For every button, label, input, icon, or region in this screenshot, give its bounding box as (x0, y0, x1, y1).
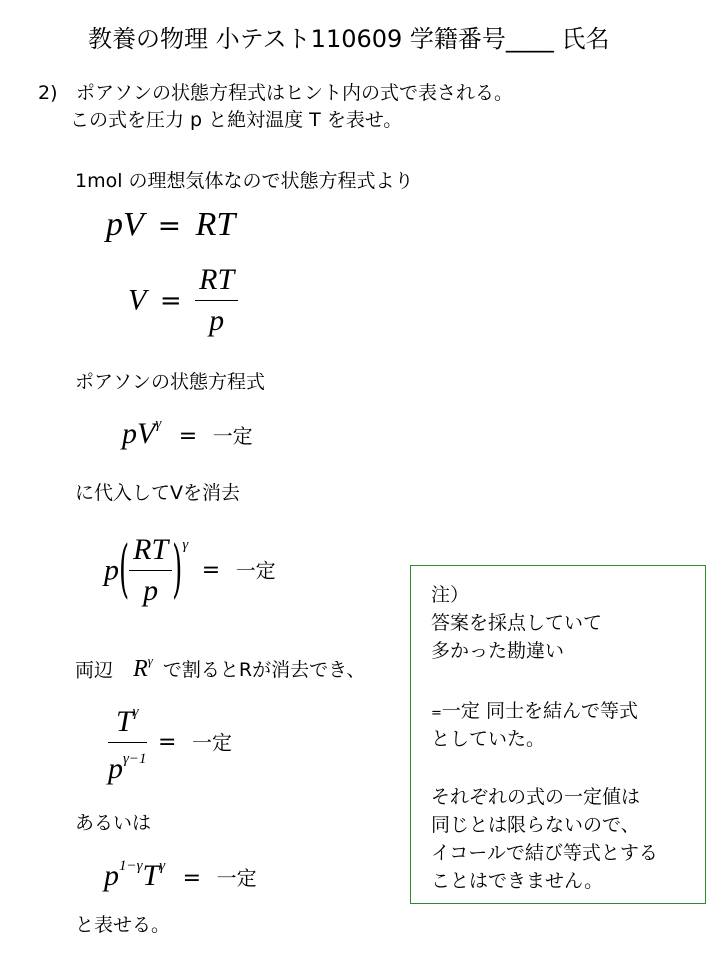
equation-t-over-p: Tγ pγ−1 = 一定 (108, 698, 232, 787)
eq6-t-exponent: γ (159, 858, 165, 874)
equation-substituted: p( RT p )γ = 一定 (104, 532, 276, 609)
eq2-equals: = (160, 286, 182, 316)
fraction-bar (108, 742, 147, 743)
note-line-6: としていた。 (431, 726, 545, 752)
eq1-equals: = (158, 209, 181, 242)
poisson-label: ポアソンの状態方程式 (75, 369, 265, 395)
eq2-fraction: RT p (195, 262, 238, 339)
eq6-t: T (143, 859, 160, 892)
eq2-numerator: RT (195, 262, 238, 298)
note-box: 注） 答案を採点していて 多かった勘違い =一定 同士を結んで等式 としていた。… (410, 565, 706, 904)
note-line-5-rest: 一定 同士を結んで等式 (442, 700, 638, 722)
equation-poisson: pVγ = 一定 (122, 410, 253, 455)
question-line-1: ポアソンの状態方程式はヒント内の式で表される。 (76, 80, 513, 106)
divide-suffix: で割るとRが消去でき、 (163, 659, 365, 681)
eq5-numerator: Tγ (108, 698, 147, 740)
note-equals: = (431, 706, 442, 721)
page-title: 教養の物理 小テスト110609 学籍番号____ 氏名 (88, 22, 610, 56)
eq5-den-base: p (108, 752, 123, 785)
eq3-equals: = (179, 424, 197, 449)
eq4-p: p (104, 554, 119, 587)
eq4-constant: 一定 (236, 559, 276, 583)
eq3-base: pV (122, 417, 155, 450)
note-line-10: イコールで結び等式とする (431, 840, 658, 866)
solution-intro: 1mol の理想気体なので状態方程式より (75, 168, 414, 194)
eq2-lhs: V (128, 284, 146, 317)
question-number: 2) (38, 80, 58, 106)
eq3-exponent: γ (155, 416, 161, 432)
eq6-p: p (104, 859, 119, 892)
eq1-rhs: RT (196, 206, 236, 243)
equation-final: p1−γTγ = 一定 (104, 852, 257, 897)
divide-term-base: R (133, 656, 148, 682)
note-line-2: 答案を採点していて (431, 610, 602, 636)
note-line-9: 同じとは限らないので、 (431, 812, 640, 838)
eq3-constant: 一定 (213, 424, 253, 448)
divide-prefix: 両辺 (75, 659, 113, 681)
fraction-bar (129, 570, 172, 571)
eq2-denominator: p (195, 303, 238, 339)
eq4-fraction: RT p (129, 532, 172, 609)
divide-label: 両辺 Rγ で割るとRが消去でき、 (75, 652, 365, 683)
divide-term-exponent: γ (148, 653, 153, 668)
eq5-den-exponent: γ−1 (123, 751, 147, 767)
left-paren: ( (119, 527, 129, 613)
right-paren: ) (172, 527, 182, 613)
eq5-denominator: pγ−1 (108, 745, 147, 787)
note-line-8: それぞれの式の一定値は (431, 784, 640, 810)
eq6-constant: 一定 (217, 866, 257, 890)
equation-ideal-gas: pV = RT (106, 205, 235, 246)
eq5-num-exponent: γ (133, 704, 139, 720)
or-label: あるいは (75, 810, 151, 836)
equation-volume: V = RT p (128, 262, 238, 339)
note-line-1: 注） (431, 582, 469, 608)
note-line-3: 多かった勘違い (431, 638, 564, 664)
note-line-11: ことはできません。 (431, 868, 603, 894)
conclusion: と表せる。 (75, 912, 170, 938)
eq5-equals: = (158, 730, 176, 755)
eq1-lhs: pV (106, 206, 143, 243)
eq4-numerator: RT (129, 532, 172, 568)
eq5-constant: 一定 (192, 731, 232, 755)
eq5-num-base: T (116, 705, 133, 738)
eq4-denominator: p (129, 573, 172, 609)
eq6-equals: = (183, 866, 201, 891)
eq5-fraction: Tγ pγ−1 (108, 698, 147, 787)
eq4-exponent: γ (182, 537, 188, 553)
substitute-label: に代入してVを消去 (75, 480, 240, 506)
eq6-p-exponent: 1−γ (119, 858, 143, 874)
eq4-equals: = (202, 558, 220, 583)
fraction-bar (195, 300, 238, 301)
note-line-5: =一定 同士を結んで等式 (431, 698, 638, 727)
question-line-2: この式を圧力 p と絶対温度 T を表せ。 (70, 107, 402, 133)
